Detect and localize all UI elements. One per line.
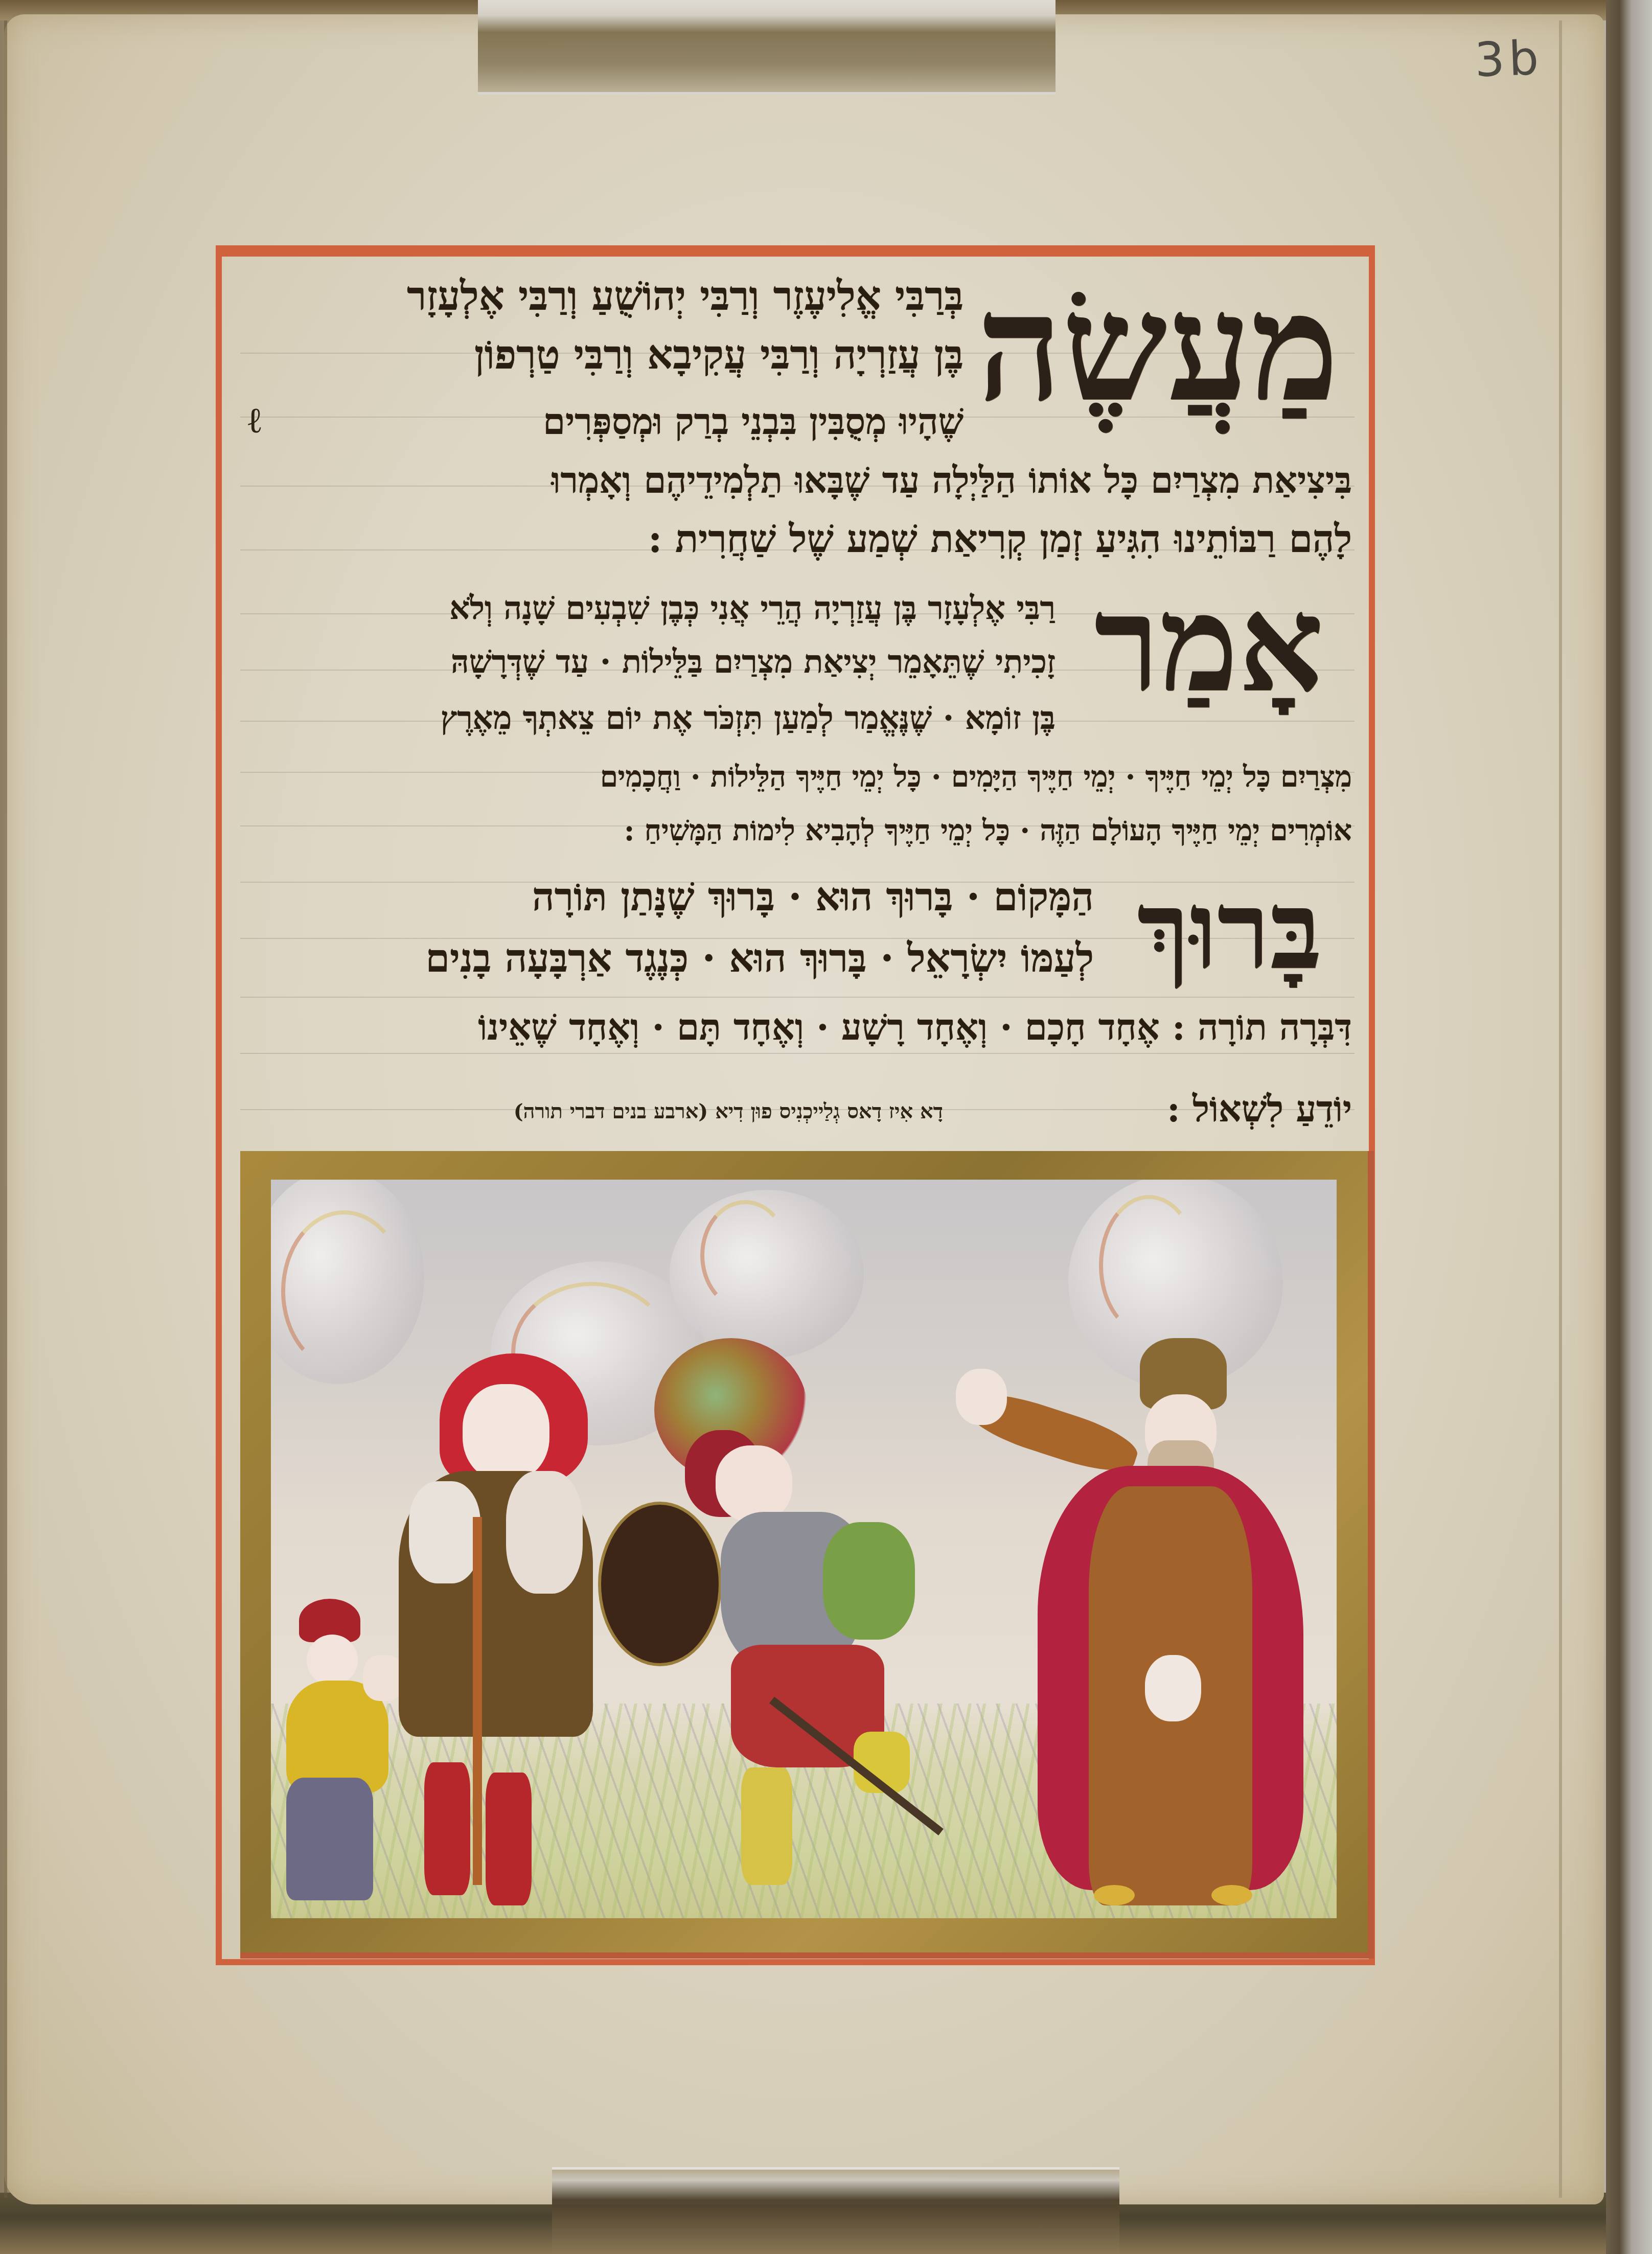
line-filler-ornament: ℓ <box>248 399 261 442</box>
figure-headscarf-son <box>378 1353 613 1905</box>
text-line: בִּיצִיאַת מִצְרַיִם כָּל אוֹתוֹ הַלַּיְ… <box>253 452 1352 509</box>
text-line: לְעַמּוֹ יִשְׂרָאֵל · בָּרוּךְ הוּא · כְ… <box>266 930 1094 986</box>
text-line: זָכִיתִי שֶׁתֵּאָמֵר יְצִיאַת מִצְרַיִם … <box>253 636 1056 687</box>
initial-word-amar: אָמַר <box>1066 567 1352 721</box>
caption-note: דָא אִיז דָאס גְלַייכְנִיס פוּן דִיא (אר… <box>330 1091 943 1132</box>
figure-bearded-elder <box>966 1338 1334 1911</box>
text-line: רַבִּי אֶלְעָזָר בֶּן עֲזַרְיָה הֲרֵי אֲ… <box>253 583 1056 634</box>
text-line: דִּבְּרָה תוֹרָה : אֶחָד חָכָם · וְאֶחָד… <box>266 999 1352 1055</box>
text-line: שֶׁהָיוּ מְסֻבִּין בִּבְנֵי בְרַק וּמְסַ… <box>327 394 963 450</box>
initial-word-baruch: בָּרוּךְ <box>1109 864 1349 997</box>
page-edge-left <box>4 20 15 2198</box>
text-line: בֶּן עֲזַרְיָה וְרַבִּי עֲקִיבָא וְרַבִּ… <box>258 327 963 383</box>
text-line: לָהֶם רַבּוֹתֵינוּ הִגִּיעַ זְמַן קְרִיא… <box>440 511 1352 567</box>
initial-word-maaseh: מַעֲשֶׂה <box>974 261 1342 434</box>
figure-armored-soldier <box>598 1338 956 1900</box>
text-line: בֶּן זוֹמָא · שֶׁנֶּאֱמַר לְמַעַן תִּזְכ… <box>253 693 1056 744</box>
text-line: מִצְרַיִם כָּל יְמֵי חַיֶּיךָ · יְמֵי חַ… <box>322 751 1352 802</box>
text-line: יוֹדֵעַ לִשְׁאוֹל : <box>1050 1081 1352 1137</box>
right-mount <box>1606 0 1652 2254</box>
page-edge-right <box>1559 20 1562 2198</box>
text-line: הַמָּקוֹם · בָּרוּךְ הוּא · בָּרוּךְ שֶׁ… <box>266 869 1094 925</box>
page-holder-top <box>478 0 1056 95</box>
text-line: בְּרַבִּי אֱלִיעֶזֶר וְרַבִּי יְהוֹשֻׁעַ… <box>253 268 963 325</box>
illustration-four-sons <box>271 1180 1337 1918</box>
page-holder-bottom <box>552 2167 1119 2254</box>
text-line: אוֹמְרִים יְמֵי חַיֶּיךָ הָעוֹלָם הַזֶּה… <box>253 805 1352 856</box>
folio-number: 3b <box>1474 31 1544 88</box>
